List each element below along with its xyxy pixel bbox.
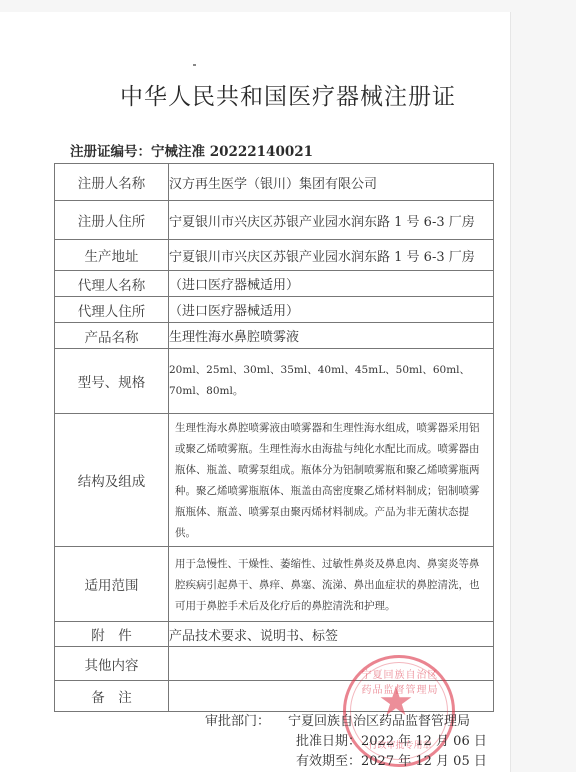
page-title: 中华人民共和国医疗器械注册证 [0,78,576,111]
row-value: 汉方再生医学（银川）集团有限公司 [169,164,494,201]
row-value: 宁夏银川市兴庆区苏银产业园水润东路 1 号 6-3 厂房 [169,201,494,240]
row-value: 用于急慢性、干燥性、萎缩性、过敏性鼻炎及鼻息肉、鼻窦炎等鼻腔疾病引起鼻干、鼻痒、… [169,547,494,622]
valid-until: 有效期至：2027 年 12 月 05 日 [296,750,487,769]
registration-number-label: 注册证编号： [70,144,151,160]
approval-department: 审批部门：宁夏回族自治区药品监督管理局 [205,710,470,729]
row-label: 产品名称 [55,323,169,349]
certificate-table: 注册人名称 汉方再生医学（银川）集团有限公司 注册人住所 宁夏银川市兴庆区苏银产… [54,163,494,712]
row-value: 产品技术要求、说明书、标签 [169,622,494,647]
registration-number: 注册证编号：宁械注准 20222140021 [70,140,313,160]
row-label: 备 注 [55,681,169,712]
row-label: 代理人住所 [55,297,169,323]
table-row: 结构及组成 生理性海水鼻腔喷雾液由喷雾器和生理性海水组成，喷雾器采用铝或聚乙烯喷… [55,414,494,547]
row-label: 适用范围 [55,547,169,622]
table-row: 适用范围 用于急慢性、干燥性、萎缩性、过敏性鼻炎及鼻息肉、鼻窦炎等鼻腔疾病引起鼻… [55,547,494,622]
approval-dept-label: 审批部门： [205,714,270,729]
table-row: 产品名称 生理性海水鼻腔喷雾液 [55,323,494,349]
row-label: 结构及组成 [55,414,169,547]
row-value: 宁夏银川市兴庆区苏银产业园水润东路 1 号 6-3 厂房 [169,240,494,271]
table-row: 附 件 产品技术要求、说明书、标签 [55,622,494,647]
row-label: 其他内容 [55,647,169,681]
approval-date-label: 批准日期： [296,734,361,749]
row-label: 注册人住所 [55,201,169,240]
row-value [169,647,494,681]
approval-date-value: 2022 年 12 月 06 日 [361,734,487,749]
row-label: 注册人名称 [55,164,169,201]
row-label: 附 件 [55,622,169,647]
row-value: 20ml、25ml、30ml、35ml、40ml、45mL、50ml、60ml、… [169,349,494,414]
approval-dept-value: 宁夏回族自治区药品监督管理局 [288,714,470,729]
scan-speck [193,64,196,66]
table-row: 注册人住所 宁夏银川市兴庆区苏银产业园水润东路 1 号 6-3 厂房 [55,201,494,240]
table-row: 生产地址 宁夏银川市兴庆区苏银产业园水润东路 1 号 6-3 厂房 [55,240,494,271]
row-label: 生产地址 [55,240,169,271]
row-value: （进口医疗器械适用） [169,271,494,297]
row-value: （进口医疗器械适用） [169,297,494,323]
row-label: 代理人名称 [55,271,169,297]
valid-until-label: 有效期至： [296,754,361,769]
row-value: 生理性海水鼻腔喷雾液由喷雾器和生理性海水组成，喷雾器采用铝或聚乙烯喷雾瓶。生理性… [169,414,494,547]
registration-number-value: 宁械注准 20222140021 [151,144,313,160]
table-row: 注册人名称 汉方再生医学（银川）集团有限公司 [55,164,494,201]
approval-date: 批准日期：2022 年 12 月 06 日 [296,730,487,749]
row-value: 生理性海水鼻腔喷雾液 [169,323,494,349]
row-label: 型号、规格 [55,349,169,414]
table-row: 代理人住所 （进口医疗器械适用） [55,297,494,323]
valid-until-value: 2027 年 12 月 05 日 [361,754,487,769]
table-row: 代理人名称 （进口医疗器械适用） [55,271,494,297]
table-row: 型号、规格 20ml、25ml、30ml、35ml、40ml、45mL、50ml… [55,349,494,414]
